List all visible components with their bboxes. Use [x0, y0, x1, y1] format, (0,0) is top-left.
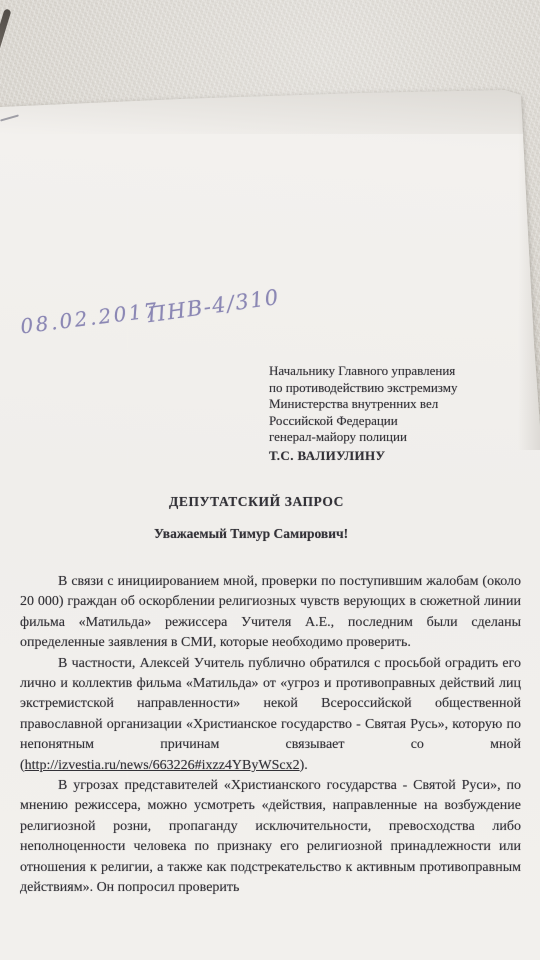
izvestia-url: http://izvestia.ru/news/663226#ixzz4YByW… — [25, 758, 300, 773]
recipient-line: по противодействию экстремизму — [269, 380, 509, 397]
paragraph-3: В угрозах представителей «Христианского … — [20, 776, 521, 898]
salutation-line: Уважаемый Тимур Самирович! — [154, 526, 348, 542]
document-paper: 08.02.2017 ПНВ-4/310 Начальнику Главного… — [0, 0, 540, 960]
paragraph-1: В связи с инициированием мной, проверки … — [20, 572, 521, 654]
paragraph-2: В частности, Алексей Учитель публично об… — [20, 654, 521, 776]
recipient-line: Министерства внутренних вел — [269, 396, 509, 413]
handwritten-reference-number: ПНВ-4/310 — [146, 285, 281, 327]
paper-shadow: 08.02.2017 ПНВ-4/310 Начальнику Главного… — [0, 0, 540, 960]
recipient-name: Т.С. ВАЛИУЛИНУ — [269, 448, 509, 465]
recipient-line: Российской Федерации — [269, 413, 509, 430]
document-title: ДЕПУТАТСКИЙ ЗАПРОС — [169, 494, 344, 510]
paragraph-2-closing: ). — [300, 758, 308, 773]
recipient-line: Начальнику Главного управления — [269, 363, 509, 380]
recipient-block: Начальнику Главного управления по против… — [269, 363, 509, 465]
letter-body: В связи с инициированием мной, проверки … — [20, 572, 521, 899]
photo-scene: 08.02.2017 ПНВ-4/310 Начальнику Главного… — [0, 0, 540, 960]
handwritten-date: 08.02.2017 — [19, 298, 160, 339]
pen-scratch-mark — [0, 114, 19, 121]
recipient-line: генерал-майору полиции — [269, 429, 509, 446]
paragraph-2-text: В частности, Алексей Учитель публично об… — [20, 656, 521, 773]
